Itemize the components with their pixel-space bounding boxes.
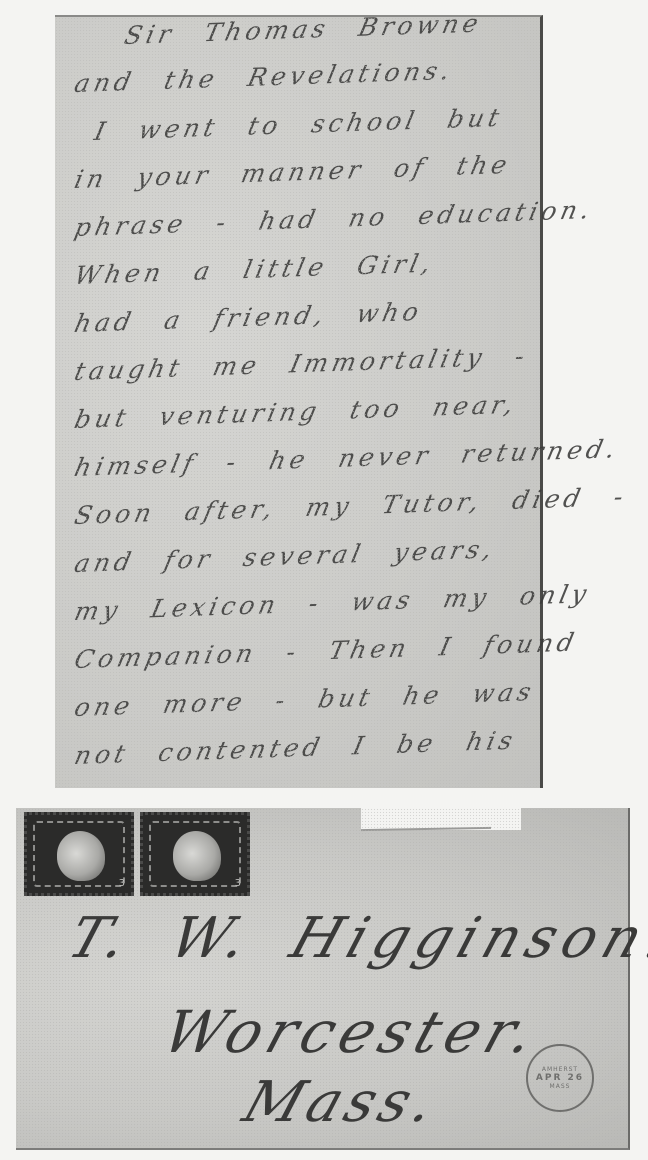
letter-line: my Lexicon - was my only [72,581,533,626]
stamp-value: 3 [119,878,125,889]
address-city: Worcester. [155,998,549,1066]
address-recipient: T. W. Higginson. [60,906,648,971]
letter-line: and the Revelations. [72,53,533,98]
envelope-flap-notch [361,808,521,830]
postmark-middle-text: APR 26 [536,1073,584,1083]
postage-stamp: 3 [140,812,250,896]
postage-stamp: 3 [24,812,134,896]
letter-line: himself - he never returned. [72,437,533,482]
postmark-bottom-text: MASS [550,1083,571,1090]
letter-line: not contented I be his [72,725,533,770]
address-state: Mass. [235,1070,447,1135]
letter-line: phrase - had no education. [72,197,533,242]
letter-line: I went to school but [92,102,533,146]
letter-line: in your manner of the [72,149,533,194]
letter-line: When a little Girl, [72,245,533,290]
letter-line: Sir Thomas Browne [122,7,532,50]
letter-line: Soon after, my Tutor, died - [72,485,533,530]
letter-line: Companion - Then I found [72,629,533,674]
letter-line: taught me Immortality - [72,341,533,386]
stamp-portrait-icon [57,831,105,881]
letter-page: Sir Thomas Browne and the Revelations. I… [55,15,543,788]
letter-line: one more - but he was [72,677,533,722]
letter-line: and for several years, [72,533,533,578]
envelope: 3 3 T. W. Higginson. Worcester. Mass. AM… [16,808,630,1150]
postmark-stamp: AMHERST APR 26 MASS [526,1044,594,1112]
letter-line: had a friend, who [72,293,533,338]
postmark-top-text: AMHERST [542,1066,578,1073]
stamp-value: 3 [235,878,241,889]
stamp-portrait-icon [173,831,221,881]
letter-line: but venturing too near, [72,389,533,434]
